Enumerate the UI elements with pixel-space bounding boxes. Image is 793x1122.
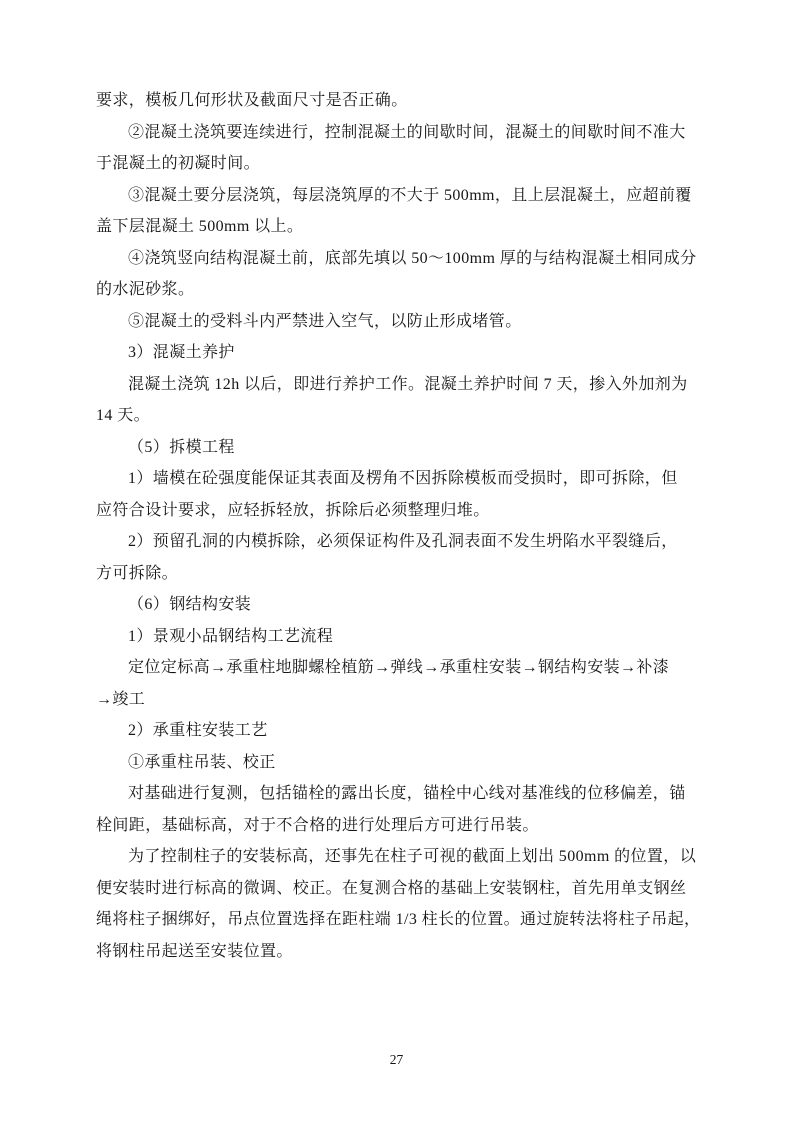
text-line: ④浇筑竖向结构混凝土前，底部先填以 50～100mm 厚的与结构混凝土相同成分 bbox=[96, 243, 708, 275]
paragraph: 定位定标高→承重柱地脚螺栓植筋→弹线→承重柱安装→钢结构安装→补漆→竣工 bbox=[96, 652, 708, 715]
text-line: ①承重柱吊装、校正 bbox=[96, 747, 708, 779]
text-line: 为了控制柱子的安装标高，还事先在柱子可视的截面上划出 500mm 的位置，以 bbox=[96, 841, 708, 873]
paragraph: 2）预留孔洞的内模拆除，必须保证构件及孔洞表面不发生坍陷水平裂缝后，方可拆除。 bbox=[96, 526, 708, 589]
text-line: 2）承重柱安装工艺 bbox=[96, 715, 708, 747]
paragraph: （6）钢结构安装 bbox=[96, 589, 708, 621]
paragraph: 1）墙模在砼强度能保证其表面及楞角不因拆除模板而受损时，即可拆除，但应符合设计要… bbox=[96, 463, 708, 526]
text-line: 应符合设计要求，应轻拆轻放，拆除后必须整理归堆。 bbox=[96, 495, 708, 527]
text-line: 3）混凝土养护 bbox=[96, 337, 708, 369]
text-line: 要求，模板几何形状及截面尺寸是否正确。 bbox=[96, 85, 708, 117]
paragraph: 3）混凝土养护 bbox=[96, 337, 708, 369]
text-line: 于混凝土的初凝时间。 bbox=[96, 148, 708, 180]
paragraph: 要求，模板几何形状及截面尺寸是否正确。 bbox=[96, 85, 708, 117]
text-line: 绳将柱子捆绑好，吊点位置选择在距柱端 1/3 柱长的位置。通过旋转法将柱子吊起， bbox=[96, 904, 708, 936]
text-line: 1）景观小品钢结构工艺流程 bbox=[96, 621, 708, 653]
text-line: →竣工 bbox=[96, 684, 708, 716]
paragraph: 为了控制柱子的安装标高，还事先在柱子可视的截面上划出 500mm 的位置，以便安… bbox=[96, 841, 708, 967]
text-line: （5）拆模工程 bbox=[96, 432, 708, 464]
text-line: 将钢柱吊起送至安装位置。 bbox=[96, 936, 708, 968]
text-line: 1）墙模在砼强度能保证其表面及楞角不因拆除模板而受损时，即可拆除，但 bbox=[96, 463, 708, 495]
document-page: 要求，模板几何形状及截面尺寸是否正确。②混凝土浇筑要连续进行，控制混凝土的间歇时… bbox=[0, 0, 793, 1122]
paragraph: ①承重柱吊装、校正 bbox=[96, 747, 708, 779]
page-footer: 27 bbox=[0, 1052, 793, 1068]
paragraph: 对基础进行复测，包括锚栓的露出长度，锚栓中心线对基准线的位移偏差，锚栓间距，基础… bbox=[96, 778, 708, 841]
page-number: 27 bbox=[390, 1052, 404, 1067]
paragraph: ②混凝土浇筑要连续进行，控制混凝土的间歇时间，混凝土的间歇时间不准大于混凝土的初… bbox=[96, 117, 708, 180]
text-line: 混凝土浇筑 12h 以后，即进行养护工作。混凝土养护时间 7 天，掺入外加剂为 bbox=[96, 369, 708, 401]
text-line: ③混凝土要分层浇筑，每层浇筑厚的不大于 500mm，且上层混凝土，应超前覆 bbox=[96, 180, 708, 212]
paragraph: ③混凝土要分层浇筑，每层浇筑厚的不大于 500mm，且上层混凝土，应超前覆盖下层… bbox=[96, 180, 708, 243]
paragraph: 混凝土浇筑 12h 以后，即进行养护工作。混凝土养护时间 7 天，掺入外加剂为1… bbox=[96, 369, 708, 432]
text-line: 14 天。 bbox=[96, 400, 708, 432]
text-line: ⑤混凝土的受料斗内严禁进入空气，以防止形成堵管。 bbox=[96, 306, 708, 338]
paragraph: ④浇筑竖向结构混凝土前，底部先填以 50～100mm 厚的与结构混凝土相同成分的… bbox=[96, 243, 708, 306]
paragraph: 1）景观小品钢结构工艺流程 bbox=[96, 621, 708, 653]
text-line: ②混凝土浇筑要连续进行，控制混凝土的间歇时间，混凝土的间歇时间不准大 bbox=[96, 117, 708, 149]
text-line: 2）预留孔洞的内模拆除，必须保证构件及孔洞表面不发生坍陷水平裂缝后， bbox=[96, 526, 708, 558]
paragraph: ⑤混凝土的受料斗内严禁进入空气，以防止形成堵管。 bbox=[96, 306, 708, 338]
text-line: 定位定标高→承重柱地脚螺栓植筋→弹线→承重柱安装→钢结构安装→补漆 bbox=[96, 652, 708, 684]
page-content: 要求，模板几何形状及截面尺寸是否正确。②混凝土浇筑要连续进行，控制混凝土的间歇时… bbox=[96, 85, 708, 967]
text-line: 盖下层混凝土 500mm 以上。 bbox=[96, 211, 708, 243]
text-line: 对基础进行复测，包括锚栓的露出长度，锚栓中心线对基准线的位移偏差，锚 bbox=[96, 778, 708, 810]
text-line: （6）钢结构安装 bbox=[96, 589, 708, 621]
paragraph: 2）承重柱安装工艺 bbox=[96, 715, 708, 747]
paragraph: （5）拆模工程 bbox=[96, 432, 708, 464]
text-line: 的水泥砂浆。 bbox=[96, 274, 708, 306]
text-line: 方可拆除。 bbox=[96, 558, 708, 590]
text-line: 便安装时进行标高的微调、校正。在复测合格的基础上安装钢柱，首先用单支钢丝 bbox=[96, 873, 708, 905]
text-line: 栓间距，基础标高，对于不合格的进行处理后方可进行吊装。 bbox=[96, 810, 708, 842]
